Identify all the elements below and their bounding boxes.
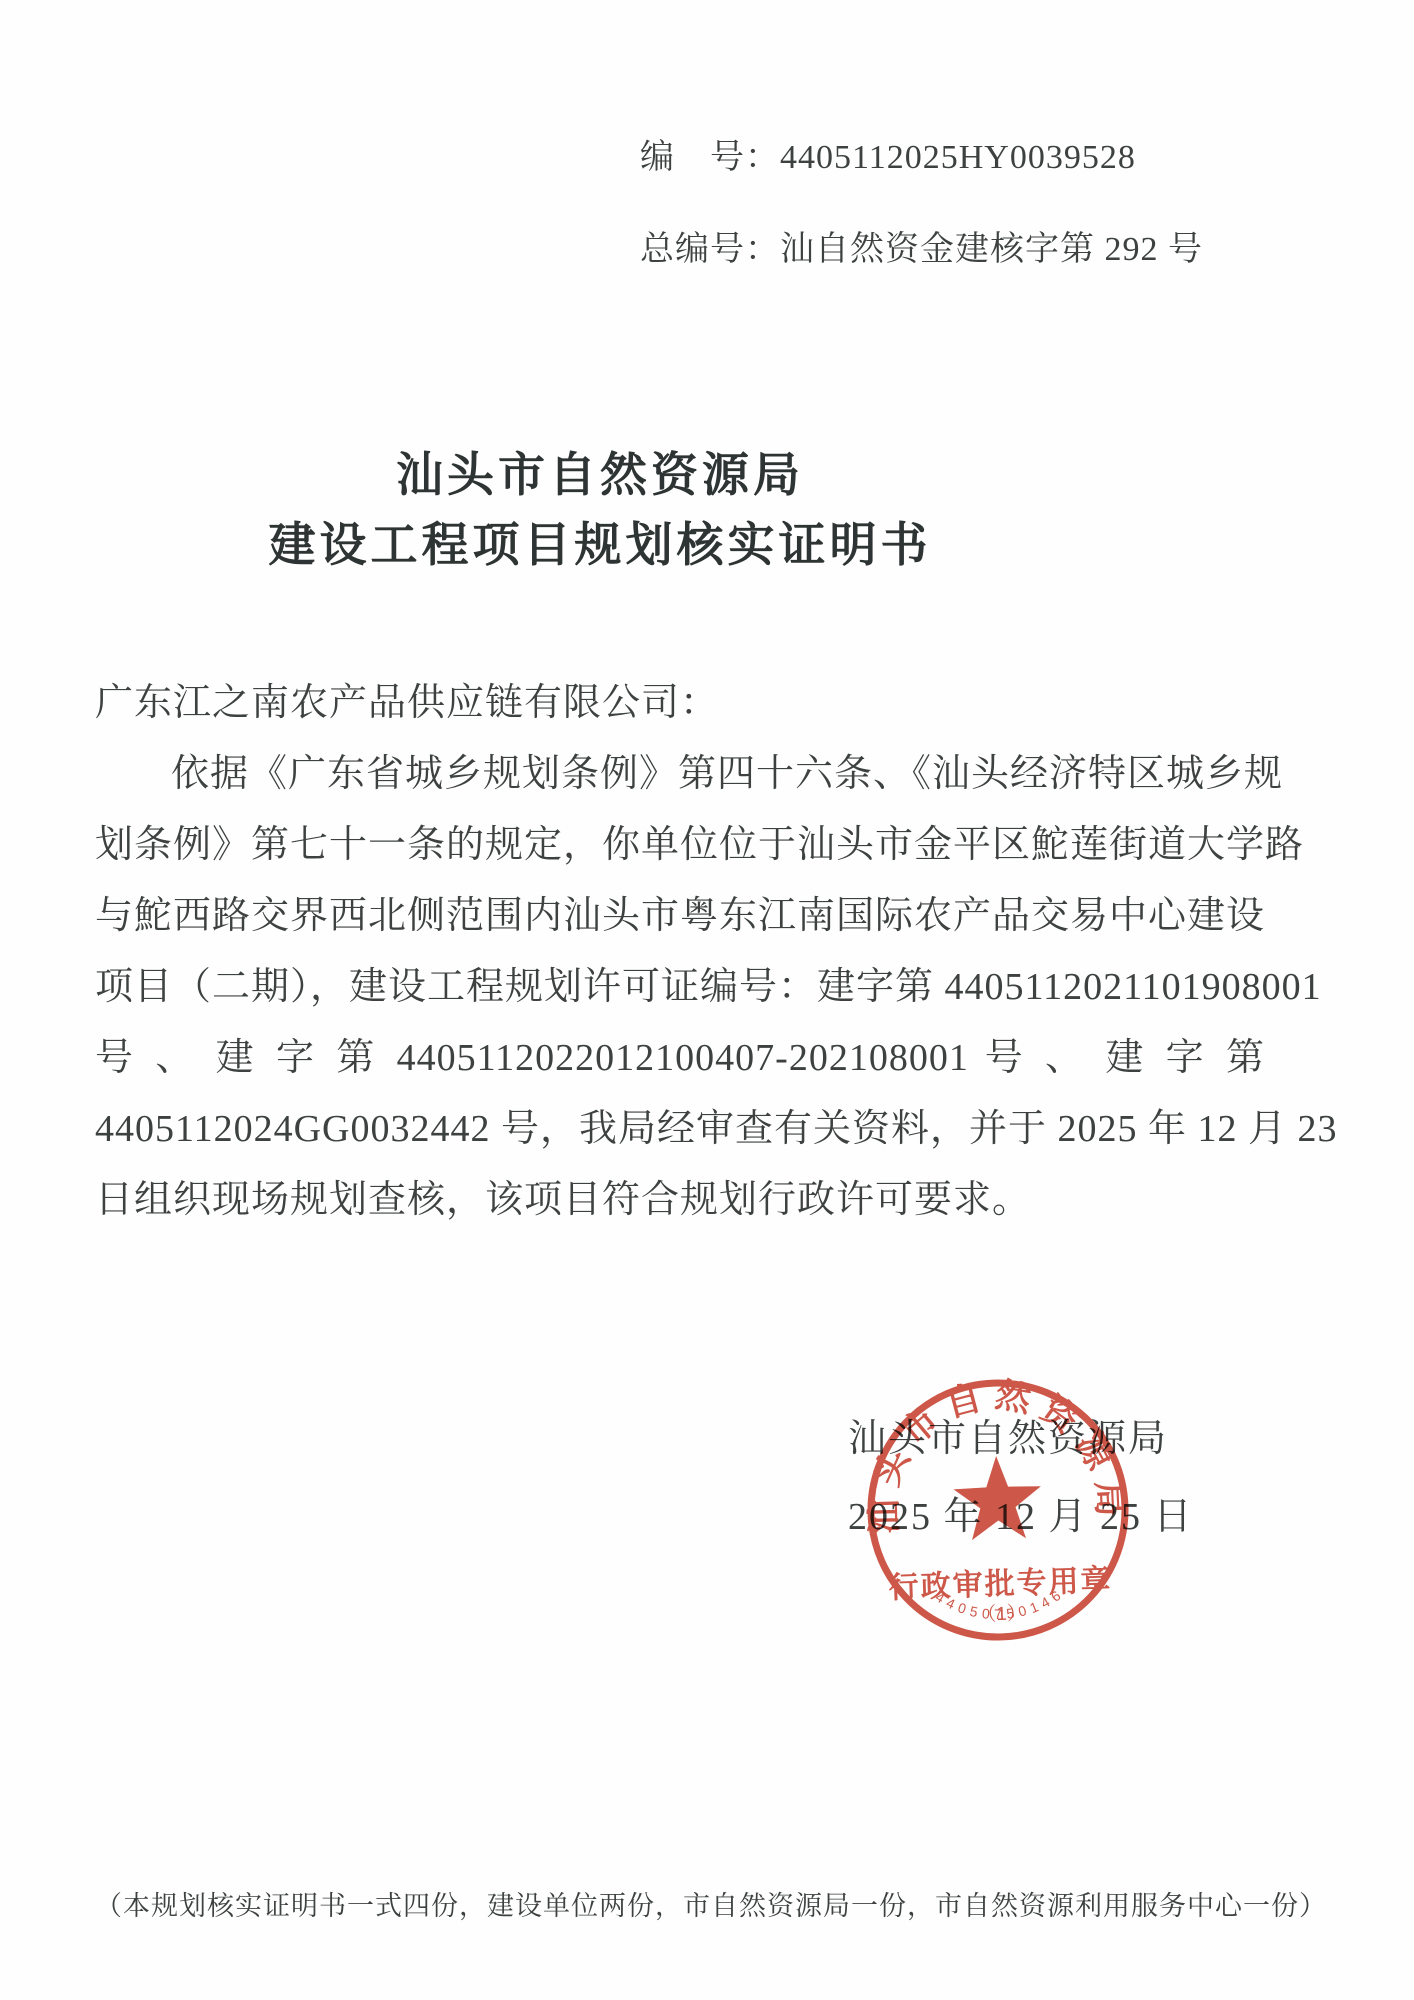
signature-date: 2025 年 12 月 25 日 (848, 1478, 1194, 1556)
certificate-page: 编 号：4405112025HY0039528 总编号：汕自然资金建核字第 29… (0, 0, 1414, 2000)
signature-org: 汕头市自然资源局 (848, 1400, 1194, 1478)
title-org-line: 汕头市自然资源局 (0, 440, 1200, 510)
document-title: 汕头市自然资源局 建设工程项目规划核实证明书 (0, 440, 1200, 580)
serial-block: 编 号：4405112025HY0039528 总编号：汕自然资金建核字第 29… (640, 112, 1203, 296)
seal-number: （1） (977, 1602, 1026, 1626)
addressee-line: 广东江之南农产品供应链有限公司： (95, 668, 1265, 739)
serial-total-number: 总编号：汕自然资金建核字第 292 号 (640, 204, 1203, 296)
title-doc-line: 建设工程项目规划核实证明书 (0, 510, 1200, 580)
seal-banner-text: 行政审批专用章 (888, 1563, 1113, 1605)
body-line: 依据《广东省城乡规划条例》第四十六条、《汕头经济特区城乡规 (95, 739, 1265, 810)
body-line: 4405112024GG0032442 号，我局经审查有关资料，并于 2025 … (95, 1094, 1265, 1165)
body-text: 广东江之南农产品供应链有限公司： 依据《广东省城乡规划条例》第四十六条、《汕头经… (95, 668, 1265, 1236)
svg-text:44050750146: 44050750146 (932, 1584, 1068, 1624)
body-line: 项目（二期），建设工程规划许可证编号：建字第 44051120211019080… (95, 952, 1265, 1023)
body-line: 号 、 建 字 第 4405112022012100407-202108001 … (95, 1023, 1265, 1094)
serial-number: 编 号：4405112025HY0039528 (640, 112, 1203, 204)
body-line: 与鮀西路交界西北侧范围内汕头市粤东江南国际农产品交易中心建设 (95, 881, 1265, 952)
body-line: 日组织现场规划查核，该项目符合规划行政许可要求。 (95, 1165, 1265, 1236)
signature-block: 汕头市自然资源局 2025 年 12 月 25 日 (848, 1400, 1194, 1556)
seal-code: 44050750146 (932, 1584, 1068, 1624)
footer-note: （本规划核实证明书一式四份，建设单位两份，市自然资源局一份，市自然资源利用服务中… (95, 1886, 1285, 1926)
body-line: 划条例》第七十一条的规定，你单位位于汕头市金平区鮀莲街道大学路 (95, 810, 1265, 881)
